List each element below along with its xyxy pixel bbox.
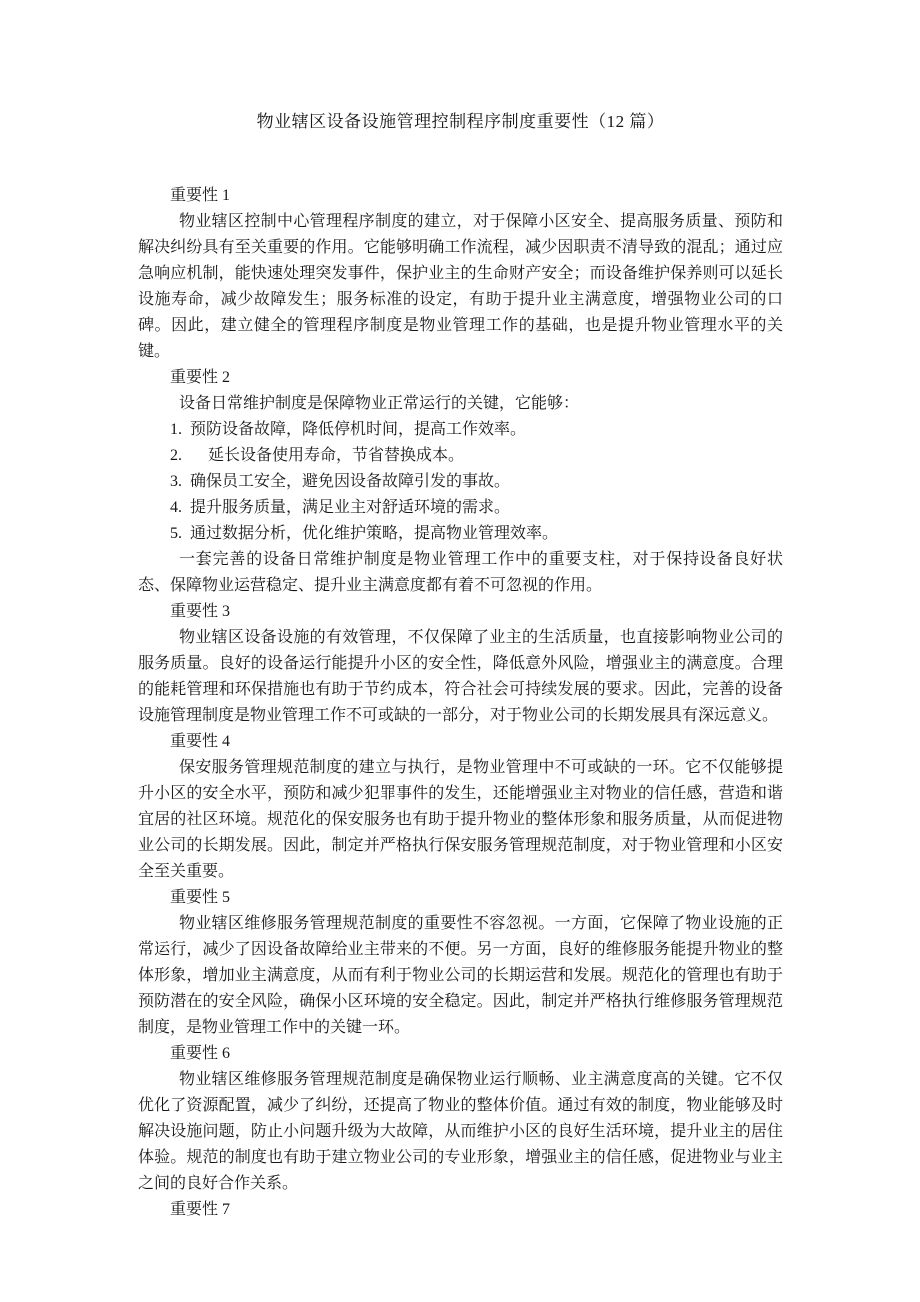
list-item: 3.确保员工安全，避免因设备故障引发的事故。 bbox=[170, 469, 783, 495]
section-heading-6: 重要性 6 bbox=[170, 1041, 783, 1067]
list-item: 1.预防设备故障，降低停机时间，提高工作效率。 bbox=[170, 417, 783, 443]
list-item-text: 通过数据分析，优化维护策略，提高物业管理效率。 bbox=[190, 525, 558, 542]
section-heading-7: 重要性 7 bbox=[170, 1197, 783, 1223]
list-item-marker: 4. bbox=[170, 495, 190, 521]
section-heading-1: 重要性 1 bbox=[170, 183, 783, 209]
list-item-text: 预防设备故障，降低停机时间，提高工作效率。 bbox=[190, 421, 526, 438]
section-heading-2: 重要性 2 bbox=[170, 365, 783, 391]
list-item: 5.通过数据分析，优化维护策略，提高物业管理效率。 bbox=[170, 521, 783, 547]
list-item: 4.提升服务质量，满足业主对舒适环境的需求。 bbox=[170, 495, 783, 521]
paragraph: 物业辖区控制中心管理程序制度的建立，对于保障小区安全、提高服务质量、预防和解决纠… bbox=[138, 209, 783, 365]
section-heading-3: 重要性 3 bbox=[170, 599, 783, 625]
section-heading-4: 重要性 4 bbox=[170, 729, 783, 755]
list-item-marker: 2. bbox=[170, 443, 208, 469]
paragraph: 设备日常维护制度是保障物业正常运行的关键，它能够： bbox=[138, 391, 783, 417]
document-page: 物业辖区设备设施管理控制程序制度重要性（12 篇） 重要性 1物业辖区控制中心管… bbox=[0, 0, 920, 1302]
paragraph: 一套完善的设备日常维护制度是物业管理工作中的重要支柱，对于保持设备良好状态、保障… bbox=[138, 547, 783, 599]
list-item-marker: 1. bbox=[170, 417, 190, 443]
document-body: 重要性 1物业辖区控制中心管理程序制度的建立，对于保障小区安全、提高服务质量、预… bbox=[138, 183, 783, 1223]
list-item-text: 确保员工安全，避免因设备故障引发的事故。 bbox=[190, 473, 510, 490]
list-item-text: 提升服务质量，满足业主对舒适环境的需求。 bbox=[190, 499, 510, 516]
paragraph: 保安服务管理规范制度的建立与执行，是物业管理中不可或缺的一环。它不仅能够提升小区… bbox=[138, 755, 783, 885]
list-item-marker: 5. bbox=[170, 521, 190, 547]
paragraph: 物业辖区设备设施的有效管理，不仅保障了业主的生活质量，也直接影响物业公司的服务质… bbox=[138, 625, 783, 729]
paragraph: 物业辖区维修服务管理规范制度是确保物业运行顺畅、业主满意度高的关键。它不仅优化了… bbox=[138, 1067, 783, 1197]
list-item-marker: 3. bbox=[170, 469, 190, 495]
list-item-text: 延长设备使用寿命，节省替换成本。 bbox=[208, 447, 464, 464]
section-heading-5: 重要性 5 bbox=[170, 885, 783, 911]
list-item: 2.延长设备使用寿命，节省替换成本。 bbox=[170, 443, 783, 469]
paragraph: 物业辖区维修服务管理规范制度的重要性不容忽视。一方面，它保障了物业设施的正常运行… bbox=[138, 911, 783, 1041]
document-title: 物业辖区设备设施管理控制程序制度重要性（12 篇） bbox=[138, 109, 783, 135]
